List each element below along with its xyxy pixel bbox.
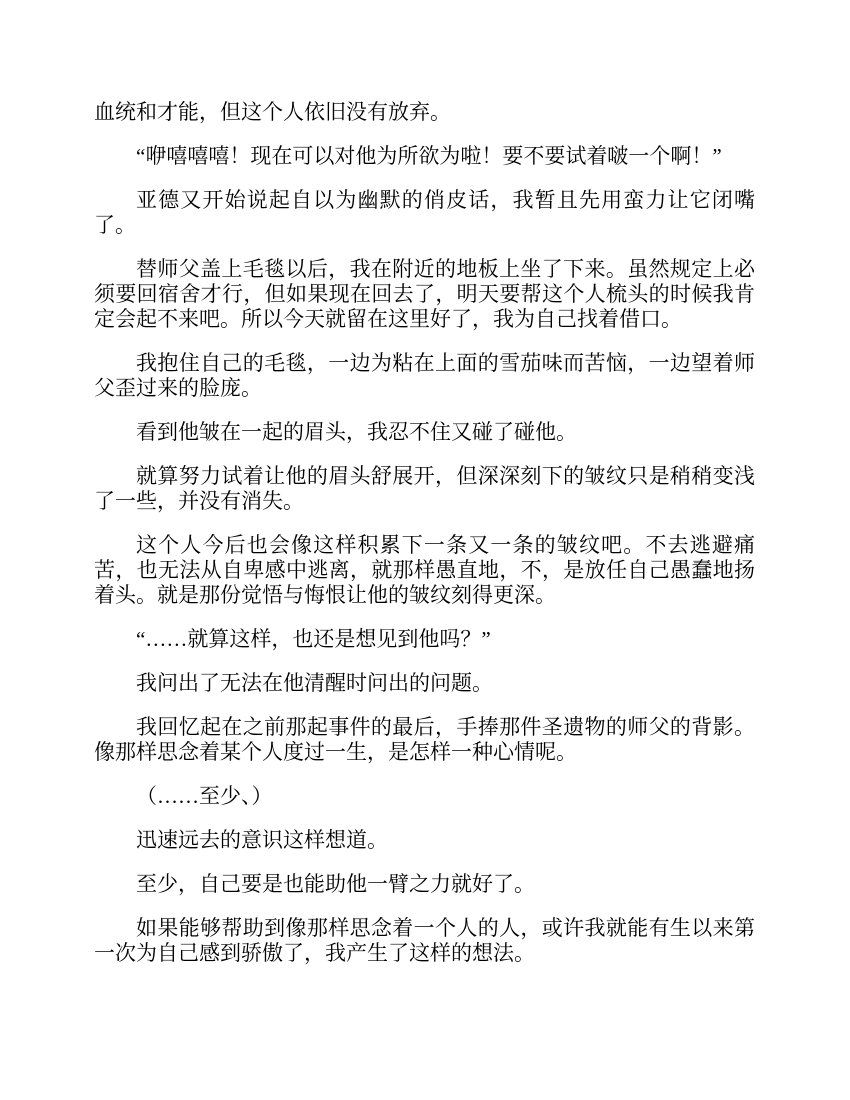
paragraph: （……至少、） [94,784,755,809]
paragraph: 亚德又开始说起自以为幽默的俏皮话，我暂且先用蛮力让它闭嘴了。 [94,188,755,238]
paragraph: 这个人今后也会像这样积累下一条又一条的皱纹吧。不去逃避痛苦，也无法从自卑感中逃离… [94,533,755,608]
paragraph: 至少，自己要是也能助他一臂之力就好了。 [94,872,755,897]
paragraph: 看到他皱在一起的眉头，我忍不住又碰了碰他。 [94,420,755,445]
paragraph: 替师父盖上毛毯以后，我在附近的地板上坐了下来。虽然规定上必须要回宿舍才行，但如果… [94,257,755,332]
paragraph: 我回忆起在之前那起事件的最后，手捧那件圣遗物的师父的背影。像那样思念着某个人度过… [94,715,755,765]
paragraph: “咿嘻嘻嘻！现在可以对他为所欲为啦！要不要试着啵一个啊！” [94,144,755,169]
document-page: 血统和才能，但这个人依旧没有放弃。 “咿嘻嘻嘻！现在可以对他为所欲为啦！要不要试… [0,0,850,1100]
paragraph-list: 血统和才能，但这个人依旧没有放弃。 “咿嘻嘻嘻！现在可以对他为所欲为啦！要不要试… [94,100,755,966]
paragraph: 我问出了无法在他清醒时问出的问题。 [94,671,755,696]
paragraph: 我抱住自己的毛毯，一边为粘在上面的雪茄味而苦恼，一边望着师父歪过来的脸庞。 [94,351,755,401]
paragraph: “……就算这样，也还是想见到他吗？” [94,627,755,652]
paragraph: 血统和才能，但这个人依旧没有放弃。 [94,100,755,125]
paragraph: 如果能够帮助到像那样思念着一个人的人，或许我就能有生以来第一次为自己感到骄傲了，… [94,916,755,966]
paragraph: 迅速远去的意识这样想道。 [94,828,755,853]
paragraph: 就算努力试着让他的眉头舒展开，但深深刻下的皱纹只是稍稍变浅了一些，并没有消失。 [94,464,755,514]
